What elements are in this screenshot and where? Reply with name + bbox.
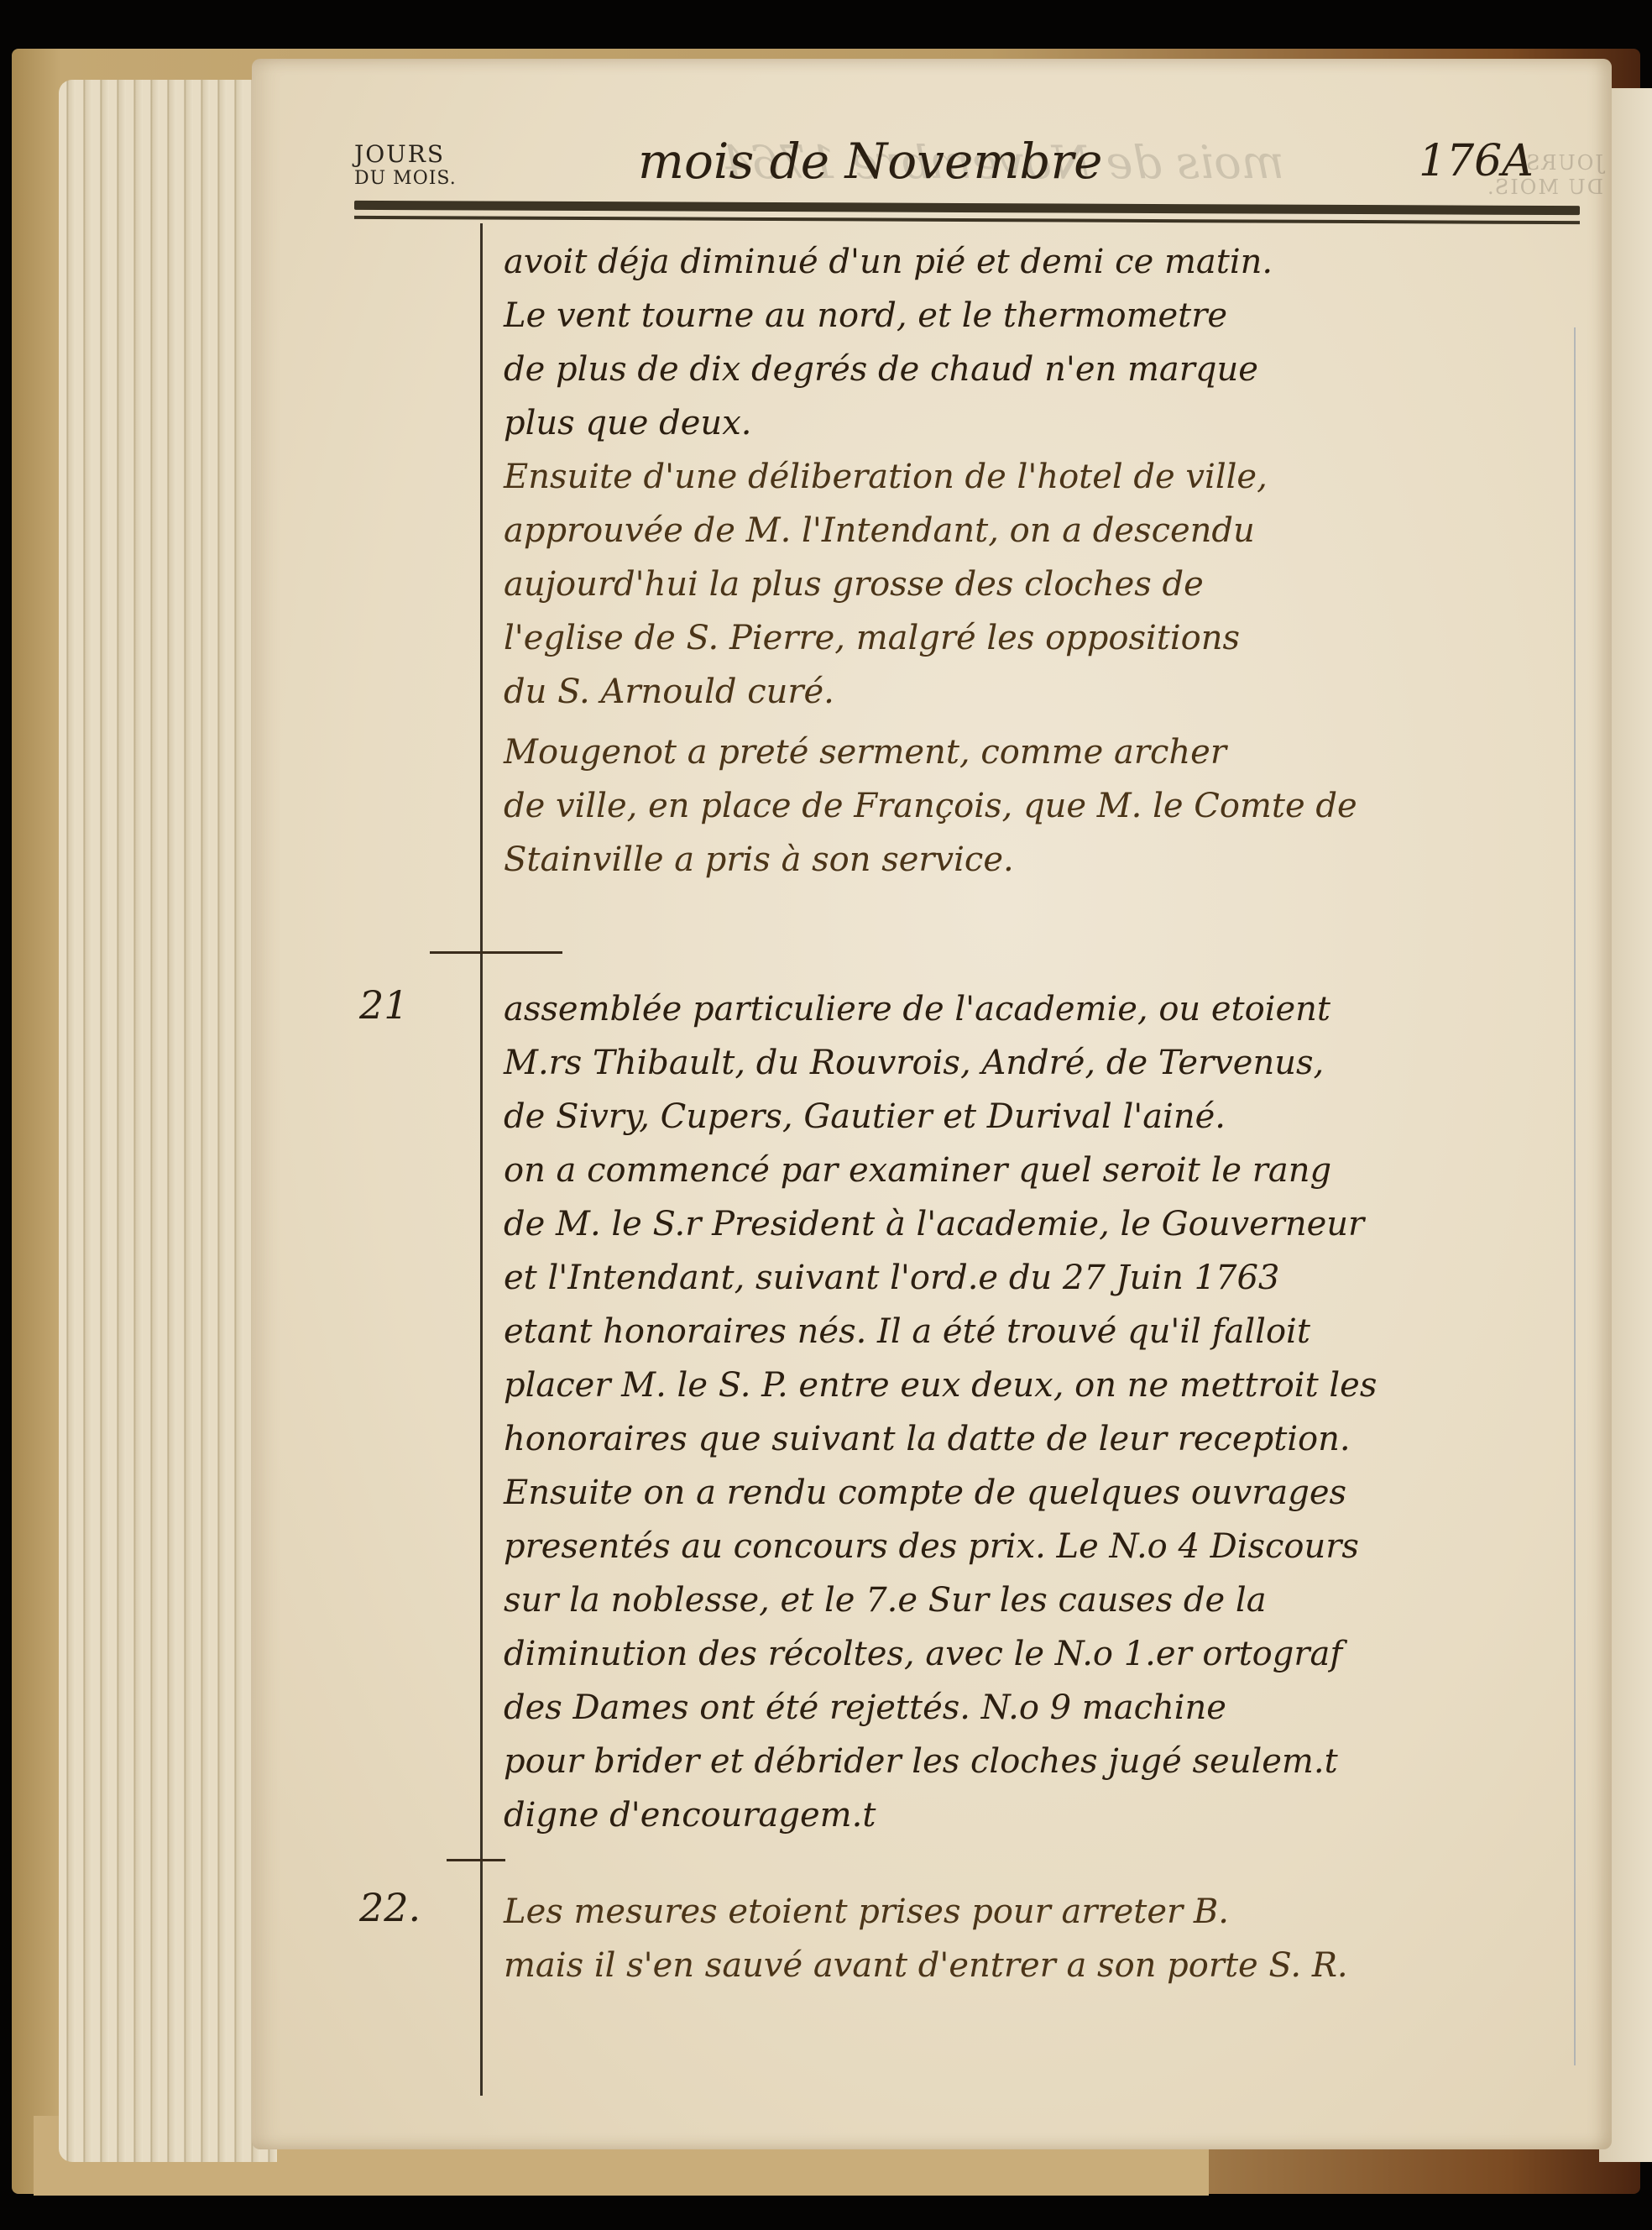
entry-line: Stainville a pris à son service. bbox=[504, 833, 1587, 887]
entry-line: de Sivry, Cupers, Gautier et Durival l'a… bbox=[504, 1090, 1587, 1144]
entry-line: du S. Arnould curé. bbox=[504, 665, 1587, 719]
entry-line: mais il s'en sauvé avant d'entrer a son … bbox=[504, 1939, 1587, 1992]
entry-day-22: Les mesures etoient prises pour arreter … bbox=[504, 1885, 1587, 1992]
page-title: mois de Novembre bbox=[638, 133, 1103, 190]
entry-line: et l'Intendant, suivant l'ord.e du 27 Ju… bbox=[504, 1251, 1587, 1305]
header-rule-thin bbox=[354, 216, 1580, 224]
entry-line: plus que deux. bbox=[504, 396, 1587, 450]
entry-day-21: assemblée particuliere de l'academie, ou… bbox=[504, 982, 1587, 1842]
entry-line: Le vent tourne au nord, et le thermometr… bbox=[504, 289, 1587, 343]
entry-line: sur la noblesse, et le 7.e Sur les cause… bbox=[504, 1573, 1587, 1627]
entry-line: Ensuite on a rendu compte de quelques ou… bbox=[504, 1466, 1587, 1520]
entry-continuation: avoit déja diminué d'un pié et demi ce m… bbox=[504, 235, 1587, 887]
entry-line: l'eglise de S. Pierre, malgré les opposi… bbox=[504, 611, 1587, 665]
entry-line: de plus de dix degrés de chaud n'en marq… bbox=[504, 343, 1587, 396]
header-rule-thick bbox=[354, 201, 1580, 215]
entry-line: de ville, en place de François, que M. l… bbox=[504, 779, 1587, 833]
day-separator-tick bbox=[447, 1859, 505, 1861]
entry-line: digne d'encouragem.t bbox=[504, 1788, 1587, 1842]
day-column-margin-line bbox=[480, 223, 483, 2096]
column-header-label: JOURS DU MOIS. bbox=[354, 141, 457, 189]
entry-line: aujourd'hui la plus grosse des cloches d… bbox=[504, 557, 1587, 611]
entry-line: assemblée particuliere de l'academie, ou… bbox=[504, 982, 1587, 1036]
entry-line: approuvée de M. l'Intendant, on a descen… bbox=[504, 504, 1587, 557]
entry-line: presentés au concours des prix. Le N.o 4… bbox=[504, 1520, 1587, 1573]
day-number: 22. bbox=[359, 1885, 421, 1930]
manuscript-page: mois de Novembre 1764 JOURS DU MOIS. JOU… bbox=[252, 59, 1612, 2149]
entry-line: Ensuite d'une déliberation de l'hotel de… bbox=[504, 450, 1587, 504]
header-label-line1: JOURS bbox=[354, 141, 457, 168]
entry-line: honoraires que suivant la datte de leur … bbox=[504, 1412, 1587, 1466]
entry-line: on a commencé par examiner quel seroit l… bbox=[504, 1144, 1587, 1197]
page-stack-edge bbox=[59, 80, 277, 2162]
day-separator-tick bbox=[430, 951, 562, 954]
entry-line: placer M. le S. P. entre eux deux, on ne… bbox=[504, 1358, 1587, 1412]
entry-line: pour brider et débrider les cloches jugé… bbox=[504, 1735, 1587, 1788]
day-number: 21 bbox=[359, 982, 409, 1028]
entry-line: Mougenot a preté serment, comme archer bbox=[504, 725, 1587, 779]
entry-line: des Dames ont été rejettés. N.o 9 machin… bbox=[504, 1681, 1587, 1735]
entry-line: Les mesures etoient prises pour arreter … bbox=[504, 1885, 1587, 1939]
header-label-line2: DU MOIS. bbox=[354, 168, 457, 189]
entry-line: avoit déja diminué d'un pié et demi ce m… bbox=[504, 235, 1587, 289]
entry-line: de M. le S.r President à l'academie, le … bbox=[504, 1197, 1587, 1251]
entry-line: diminution des récoltes, avec le N.o 1.e… bbox=[504, 1627, 1587, 1681]
entry-line: etant honoraires nés. Il a été trouvé qu… bbox=[504, 1305, 1587, 1358]
entry-line: M.rs Thibault, du Rouvrois, André, de Te… bbox=[504, 1036, 1587, 1090]
page-year: 176A bbox=[1419, 136, 1534, 186]
